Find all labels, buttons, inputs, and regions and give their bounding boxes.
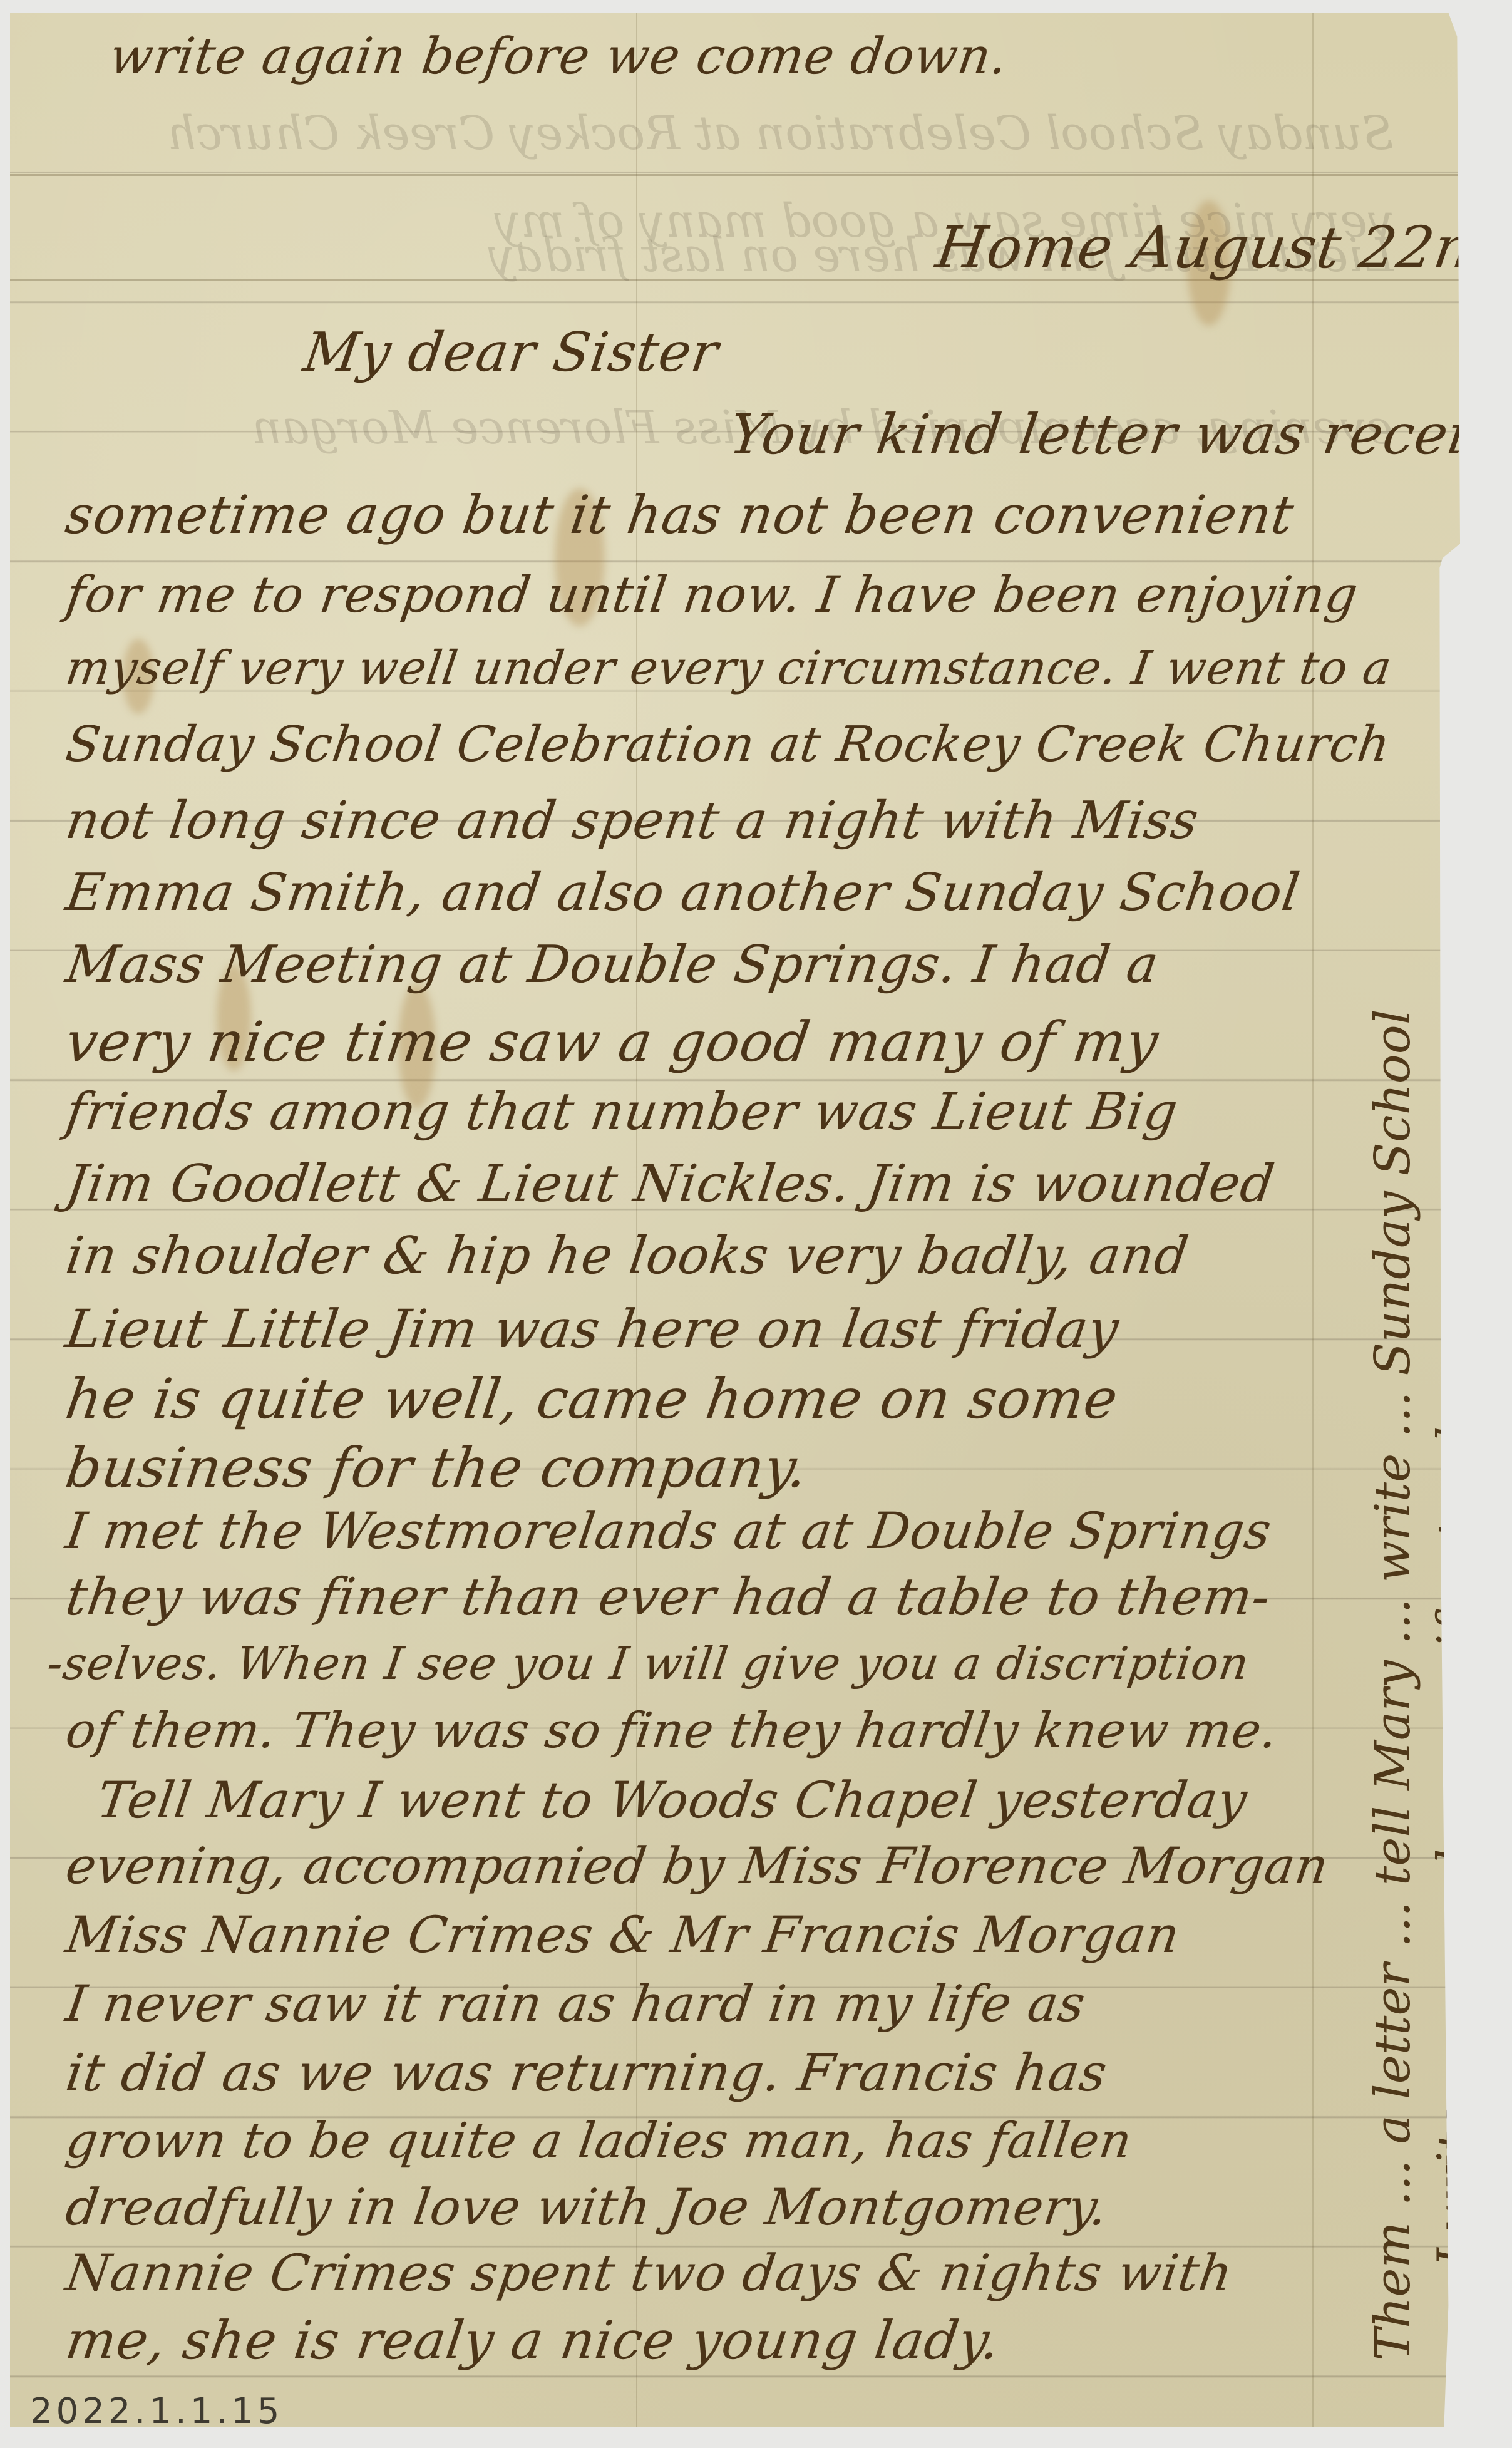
dateline: Home August 22nd	[933, 219, 1512, 277]
letter-page: Sunday School Celebration at Rockey Cree…	[10, 13, 1469, 2427]
letter-line: -selves. When I see you I will give you …	[44, 1641, 1252, 1686]
letter-line: business for the company.	[63, 1440, 811, 1495]
letter-line: sometime ago but it has not been conveni…	[63, 488, 1297, 541]
letter-line: Your kind letter was received	[726, 407, 1512, 462]
letter-line: Nannie Crimes spent two days & nights wi…	[63, 2248, 1235, 2298]
letter-line: evening, accompanied by Miss Florence Mo…	[63, 1841, 1332, 1891]
letter-line: Miss Nannie Crimes & Mr Francis Morgan	[63, 1910, 1183, 1960]
letter-line: in shoulder & hip he looks very badly, a…	[63, 1231, 1191, 1282]
letter-line: Mass Meeting at Double Springs. I had a	[63, 939, 1162, 991]
letter-line: very nice time saw a good many of my	[63, 1015, 1162, 1070]
letter-line: me, she is realy a nice young lady.	[63, 2314, 1003, 2367]
letter-line: not long since and spent a night with Mi…	[63, 795, 1201, 847]
letter-line: they was finer than ever had a table to …	[63, 1572, 1273, 1623]
letter-line: Lieut Little Jim was here on last friday	[63, 1303, 1123, 1355]
letter-line: Emma Smith, and also another Sunday Scho…	[63, 867, 1303, 919]
letter-line: friends among that number was Lieut Big	[63, 1087, 1181, 1138]
salutation: My dear Sister	[301, 326, 722, 380]
letter-line: I met the Westmorelands at at Double Spr…	[63, 1506, 1274, 1556]
fold-crease	[10, 174, 1469, 176]
accession-number: 2022.1.1.15	[30, 2391, 283, 2432]
letter-line: myself very well under every circumstanc…	[63, 645, 1395, 691]
letter-line: he is quite well, came home on some	[63, 1371, 1121, 1427]
letter-line: grown to be quite a ladies man, has fall…	[63, 2117, 1135, 2166]
margin-note: Them ... a letter ... tell Mary ... writ…	[1369, 1009, 1417, 2361]
letter-line: Tell Mary I went to Woods Chapel yesterd…	[94, 1775, 1250, 1826]
document-viewer: Sunday School Celebration at Rockey Cree…	[0, 0, 1512, 2448]
letter-line: of them. They was so fine they hardly kn…	[63, 1707, 1282, 1755]
letter-line: Sunday School Celebration at Rockey Cree…	[63, 720, 1394, 769]
letter-line: Jim Goodlett & Lieut Nickles. Jim is wou…	[63, 1159, 1278, 1210]
letter-line: it did as we was returning. Francis has	[63, 2048, 1110, 2099]
top-note: write again before we come down.	[106, 31, 1011, 81]
margin-note: I write ... see ... hurry ... if not ...…	[1431, 1297, 1480, 2267]
bleed-through-text: Sunday School Celebration at Rockey Cree…	[48, 106, 1394, 160]
letter-line: I never saw it rain as hard in my life a…	[63, 1979, 1088, 2029]
letter-line: for me to respond until now. I have been…	[63, 570, 1361, 620]
letter-line: dreadfully in love with Joe Montgomery.	[63, 2182, 1111, 2233]
fold-crease	[1312, 13, 1314, 2427]
